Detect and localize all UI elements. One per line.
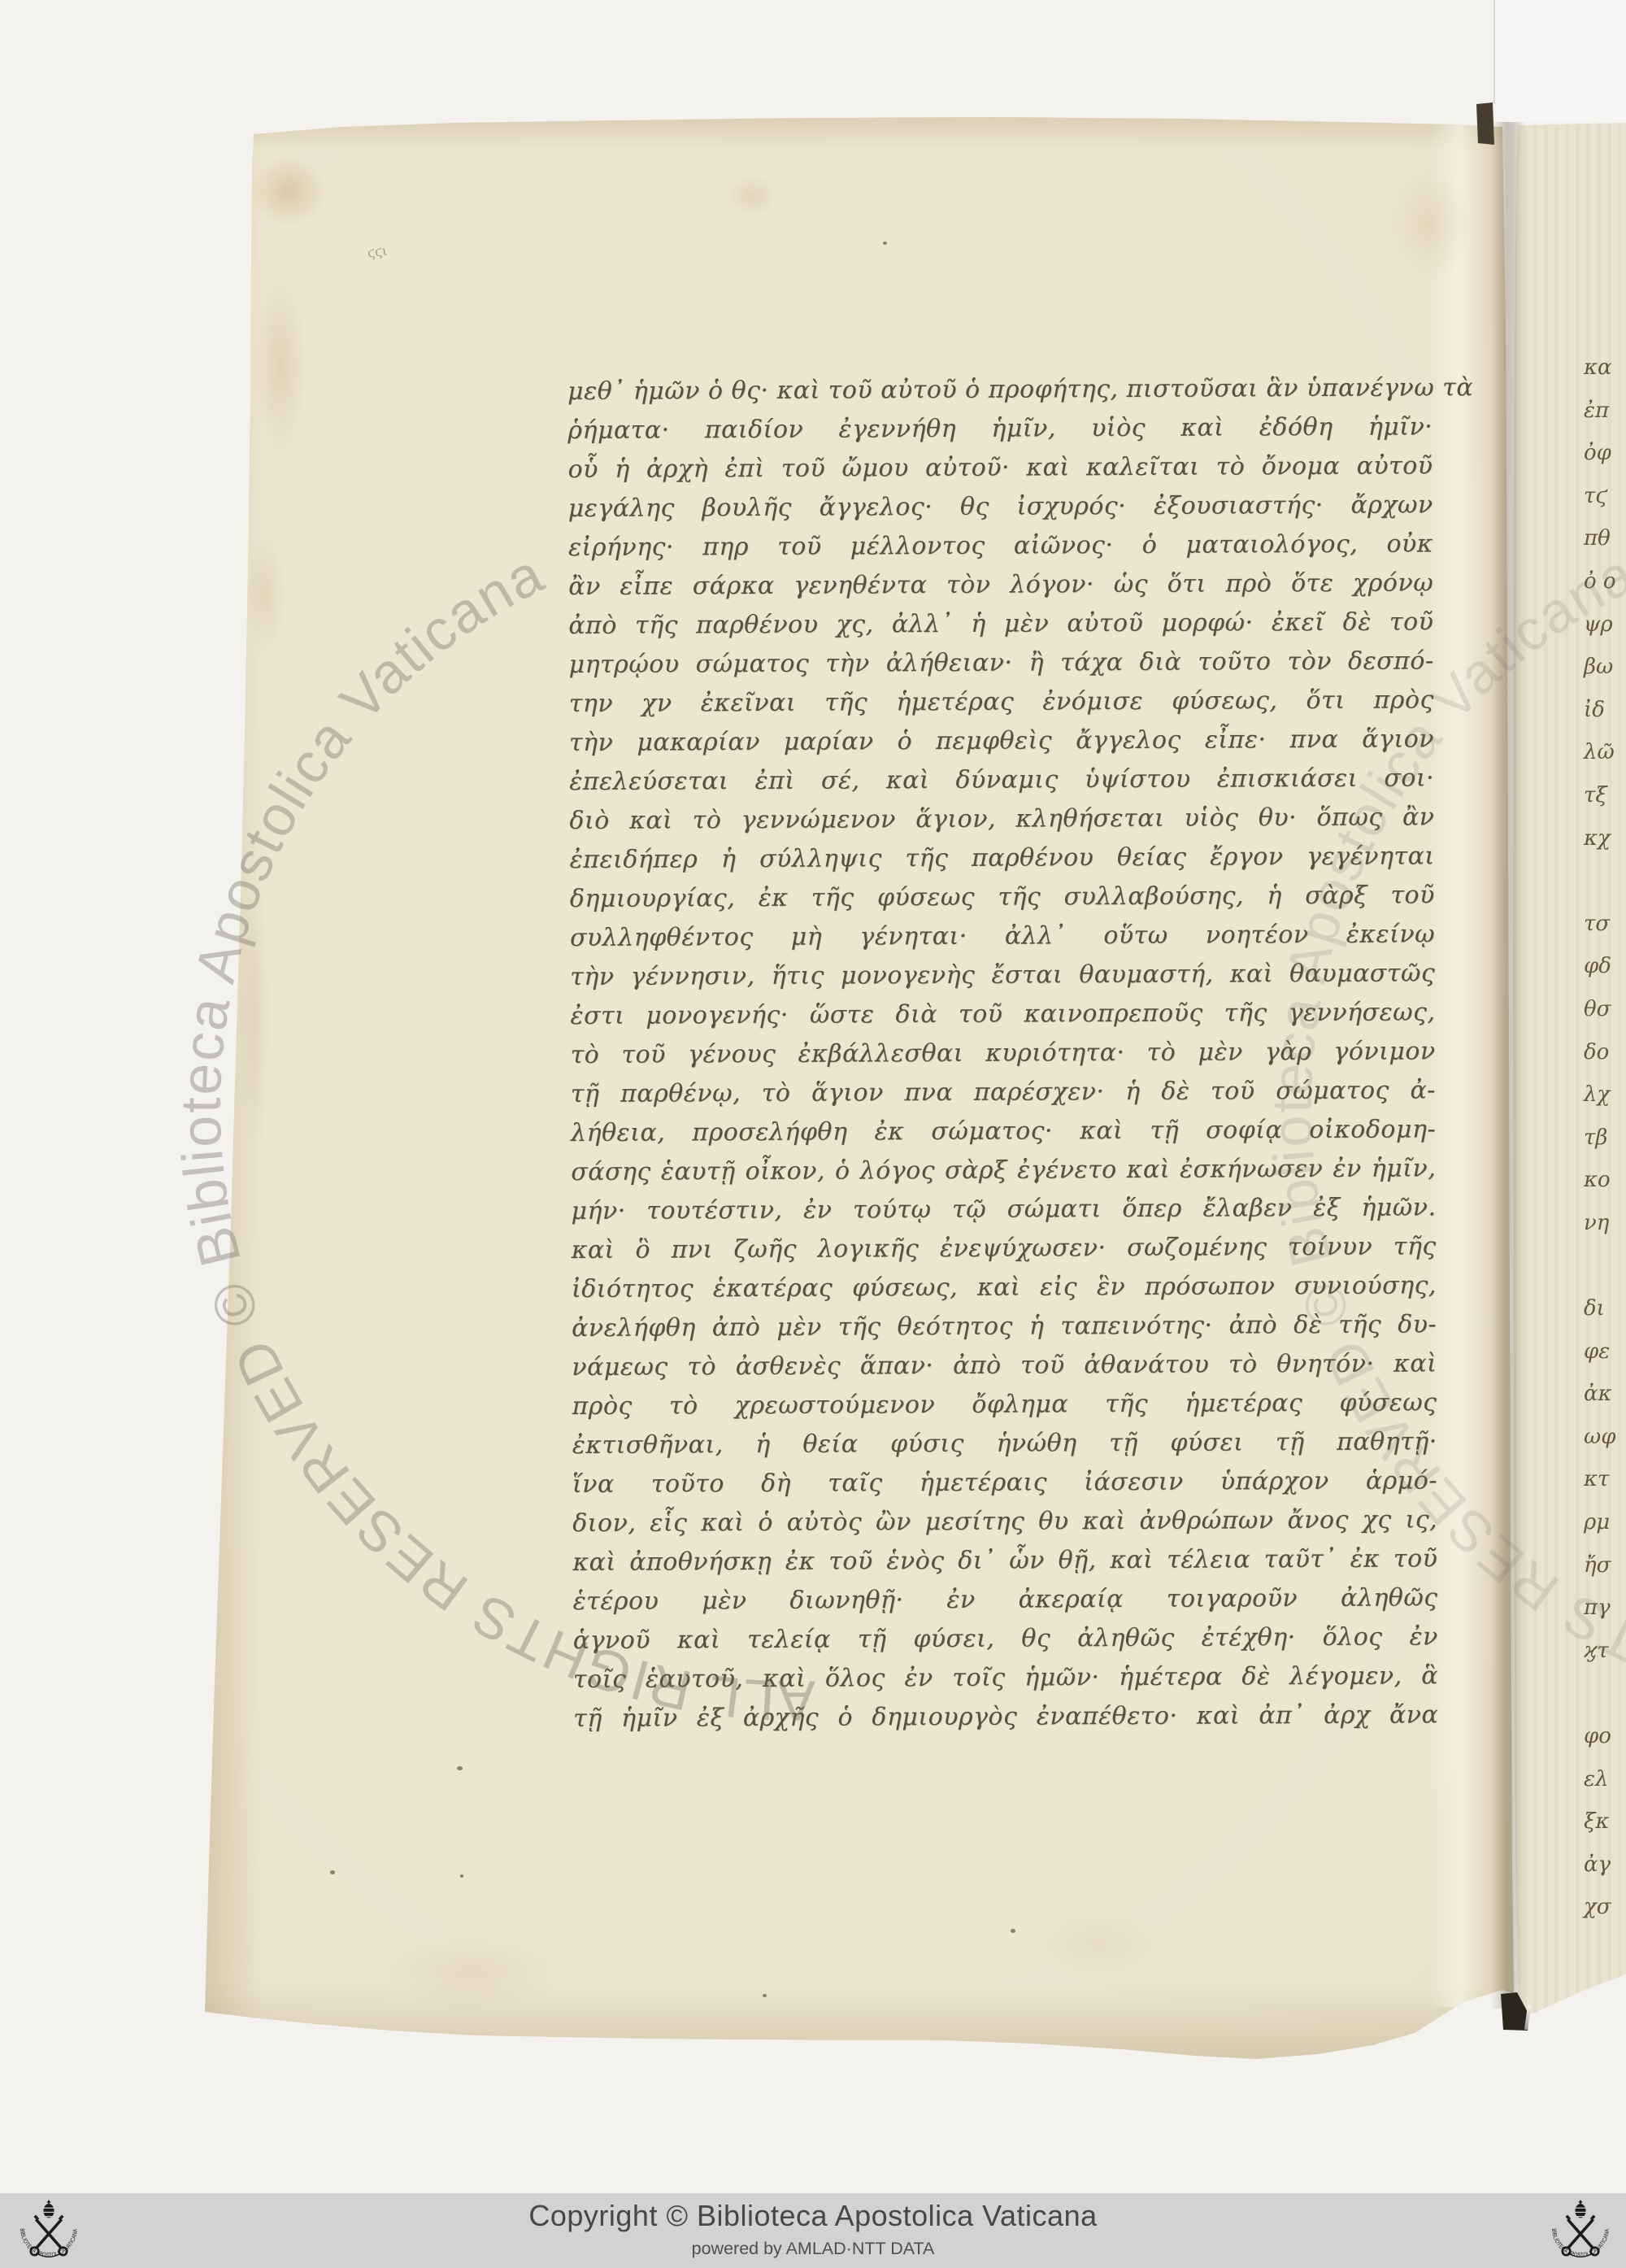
fragment-line: δο bbox=[1584, 1031, 1626, 1074]
foxing-stain bbox=[1008, 1895, 1187, 1992]
fragment-line: πγ bbox=[1584, 1587, 1626, 1630]
fragment-line: θσ bbox=[1584, 988, 1626, 1031]
manuscript-line: τὴν γέννησιν, ἥτις μονογενὴς ἔσται θαυμα… bbox=[570, 954, 1435, 997]
manuscript-line: ἵνα τοῦτο δὴ ταῖς ἡμετέραις ἰάσεσιν ὑπάρ… bbox=[572, 1461, 1437, 1504]
fragment-line: λχ bbox=[1584, 1073, 1626, 1117]
fragment-line: ἀκ bbox=[1584, 1373, 1626, 1416]
fragment-line: ρμ bbox=[1584, 1501, 1626, 1544]
manuscript-line: ἁγνοῦ καὶ τελείᾳ τῇ φύσει, θς ἀληθῶς ἐτέ… bbox=[573, 1617, 1438, 1661]
fragment-line: φε bbox=[1584, 1330, 1626, 1373]
bav-emblem-icon: BIBLIOTECA APOSTOLICA VATICANA bbox=[1541, 2194, 1619, 2268]
fragment-line: ὀφ bbox=[1584, 432, 1626, 475]
page-edge-shading-top bbox=[195, 112, 1512, 151]
ink-speck bbox=[883, 242, 887, 245]
papal-tiara-icon bbox=[43, 2201, 54, 2218]
manuscript-line: οὗ ἡ ἀρχὴ ἐπὶ τοῦ ὤμου αὐτοῦ· καὶ καλεῖτ… bbox=[567, 446, 1433, 490]
fragment-line: ψρ bbox=[1584, 603, 1626, 646]
manuscript-line: συλληφθέντος μὴ γένηται· ἀλλ᾽ οὕτω νοητέ… bbox=[570, 915, 1435, 958]
manuscript-line: πρὸς τὸ χρεωστούμενον ὄφλημα τῆς ἡμετέρα… bbox=[572, 1383, 1437, 1426]
manuscript-line: λήθεια, προσελήφθη ἐκ σώματος· καὶ τῇ σο… bbox=[571, 1110, 1436, 1153]
foxing-stain bbox=[341, 1919, 602, 2025]
fragment-line: τβ bbox=[1584, 1117, 1626, 1160]
fragment-line: βω bbox=[1584, 646, 1626, 689]
ink-speck bbox=[460, 1874, 463, 1878]
foxing-stain bbox=[1374, 146, 1488, 301]
fragment-line: λῶ bbox=[1584, 731, 1626, 774]
manuscript-line: τὴν μακαρίαν μαρίαν ὁ πεμφθεὶς ἄγγελος ε… bbox=[569, 720, 1434, 763]
background-seam-line bbox=[1493, 0, 1495, 104]
fragment-line bbox=[1584, 1672, 1626, 1715]
foxing-stain bbox=[233, 821, 277, 1212]
foxing-stain bbox=[715, 167, 789, 224]
manuscript-line: καὶ ἀποθνήσκῃ ἐκ τοῦ ἑνὸς δι᾽ ὧν θῇ, καὶ… bbox=[572, 1539, 1437, 1582]
fragment-line: τσ bbox=[1584, 903, 1626, 946]
foxing-stain bbox=[244, 236, 317, 496]
foxing-stain bbox=[237, 504, 294, 683]
manuscript-line: τοῖς ἑαυτοῦ, καὶ ὅλος ἐν τοῖς ἡμῶν· ἡμέτ… bbox=[573, 1656, 1438, 1700]
fragment-line: ὀ ο bbox=[1584, 560, 1626, 603]
fragment-line: ελ bbox=[1584, 1758, 1626, 1801]
fragment-line: ἰδ bbox=[1584, 689, 1626, 732]
manuscript-line: ἂν εἶπε σάρκα γενηθέντα τὸν λόγον· ὡς ὅτ… bbox=[568, 564, 1433, 607]
manuscript-line: ἰδιότητος ἑκατέρας φύσεως, καὶ εἰς ἓν πρ… bbox=[572, 1266, 1437, 1309]
fragment-line: ϗτ bbox=[1584, 1630, 1626, 1673]
ink-speck bbox=[330, 1870, 335, 1874]
fragment-line: κχ bbox=[1584, 817, 1626, 860]
manuscript-line: τὸ τοῦ γένους ἐκβάλλεσθαι κυριότητα· τὸ … bbox=[571, 1032, 1436, 1075]
manuscript-line: ἑτέρου μὲν διωνηθῇ· ἐν ἀκεραίᾳ τοιγαροῦν… bbox=[572, 1578, 1437, 1622]
fragment-line bbox=[1584, 1244, 1626, 1287]
fragment-line: κτ bbox=[1584, 1458, 1626, 1501]
ink-speck bbox=[1011, 1929, 1015, 1933]
fragment-line: ἀγ bbox=[1584, 1844, 1626, 1887]
manuscript-line: σάσης ἑαυτῇ οἶκον, ὁ λόγος σὰρξ ἐγένετο … bbox=[571, 1149, 1436, 1192]
fragment-line: φο bbox=[1584, 1715, 1626, 1758]
fragment-line bbox=[1584, 860, 1626, 903]
papal-tiara-icon bbox=[1575, 2201, 1585, 2218]
manuscript-line: την χν ἐκεῖναι τῆς ἡμετέρας ἐνόμισε φύσε… bbox=[569, 681, 1434, 724]
fragment-line: ἤσ bbox=[1584, 1544, 1626, 1587]
foxing-stain bbox=[236, 142, 341, 240]
manuscript-line: τῇ ἡμῖν ἐξ ἀρχῆς ὁ δημιουργὸς ἐναπέθετο·… bbox=[573, 1696, 1438, 1739]
manuscript-line: ἐπειδήπερ ἡ σύλληψις τῆς παρθένου θείας … bbox=[570, 837, 1435, 880]
fragment-line: φδ bbox=[1584, 945, 1626, 988]
fragment-line: πθ bbox=[1584, 517, 1626, 560]
ink-speck bbox=[457, 1766, 463, 1770]
manuscript-line: ἐπελεύσεται ἐπὶ σέ, καὶ δύναμις ὑψίστου … bbox=[569, 759, 1434, 802]
folio-mark: ϛϛι bbox=[367, 242, 389, 260]
manuscript-line: μήν· τουτέστιν, ἐν τούτῳ τῷ σώματι ὅπερ … bbox=[571, 1188, 1436, 1231]
manuscript-line: καὶ ὃ πνι ζωῆς λογικῆς ἐνεψύχωσεν· σωζομ… bbox=[572, 1227, 1437, 1270]
manuscript-line: μεγάλης βουλῆς ἄγγελος· θς ἰσχυρός· ἐξου… bbox=[568, 485, 1433, 529]
manuscript-line: νάμεως τὸ ἀσθενὲς ἅπαν· ἀπὸ τοῦ ἀθανάτου… bbox=[572, 1344, 1437, 1387]
manuscript-line: ἐκτισθῆναι, ἡ θεία φύσις ἡνώθη τῇ φύσει … bbox=[572, 1422, 1437, 1465]
manuscript-text-block: μεθ᾽ ἡμῶν ὁ θς· καὶ τοῦ αὐτοῦ ὁ προφήτης… bbox=[567, 368, 1438, 1739]
gutter-shadow bbox=[1491, 122, 1525, 2009]
ink-speck bbox=[763, 1994, 767, 1997]
manuscript-line: ἐστι μονογενής· ὥστε διὰ τοῦ καινοπρεποῦ… bbox=[570, 993, 1435, 1036]
bav-emblem-icon: BIBLIOTECA APOSTOLICA VATICANA bbox=[10, 2194, 88, 2268]
fragment-line: ξκ bbox=[1584, 1800, 1626, 1844]
fragment-line: δι bbox=[1584, 1287, 1626, 1330]
manuscript-line: ῥήματα· παιδίον ἐγεννήθη ἡμῖν, υἱὸς καὶ … bbox=[567, 407, 1433, 451]
fragment-line: ωφ bbox=[1584, 1416, 1626, 1459]
fragment-line: κα bbox=[1584, 346, 1626, 390]
manuscript-line: μεθ᾽ ἡμῶν ὁ θς· καὶ τοῦ αὐτοῦ ὁ προφήτης… bbox=[567, 368, 1433, 411]
fragment-line: κο bbox=[1584, 1159, 1626, 1202]
fragment-line: χσ bbox=[1584, 1886, 1626, 1929]
powered-by-text: powered by AMLAD·NTT DATA bbox=[0, 2239, 1626, 2259]
manuscript-line: διον, εἷς καὶ ὁ αὐτὸς ὢν μεσίτης θυ καὶ … bbox=[572, 1500, 1437, 1543]
background-top-right bbox=[1496, 0, 1626, 122]
manuscript-line: διὸ καὶ τὸ γεννώμενον ἅγιον, κληθήσεται … bbox=[569, 798, 1434, 841]
fragment-line: τϛ bbox=[1584, 475, 1626, 518]
manuscript-line: μητρῴου σώματος τὴν ἀλήθειαν· ἢ τάχα διὰ… bbox=[568, 642, 1433, 685]
manuscript-line: τῇ παρθένῳ, τὸ ἅγιον πνα παρέσχεν· ἡ δὲ … bbox=[571, 1071, 1436, 1114]
manuscript-line: εἰρήνης· πηρ τοῦ μέλλοντος αἰῶνος· ὁ ματ… bbox=[568, 525, 1433, 568]
manuscript-page: ϛϛι μεθ᾽ ἡμῶν ὁ θς· καὶ τοῦ αὐτοῦ ὁ προφ… bbox=[0, 0, 1626, 2268]
fragment-line: νη bbox=[1584, 1202, 1626, 1245]
fragment-line: ἐπ bbox=[1584, 390, 1626, 433]
manuscript-line: ἀνελήφθη ἀπὸ μὲν τῆς θεότητος ἡ ταπεινότ… bbox=[572, 1305, 1437, 1348]
manuscript-line: δημιουργίας, ἐκ τῆς φύσεως τῆς συλλαβούσ… bbox=[570, 876, 1435, 919]
fragment-line: τξ bbox=[1584, 774, 1626, 817]
copyright-text: Copyright © Biblioteca Apostolica Vatica… bbox=[0, 2199, 1626, 2233]
manuscript-line: ἀπὸ τῆς παρθένου χς, ἀλλ᾽ ἡ μὲν αὐτοῦ μο… bbox=[568, 603, 1433, 646]
next-folio-text-fragments: κα ἐπ ὀφ τϛ πθ ὀ ο ψρ βω ἰδ λῶ τξ κχ τσ … bbox=[1584, 346, 1626, 1929]
